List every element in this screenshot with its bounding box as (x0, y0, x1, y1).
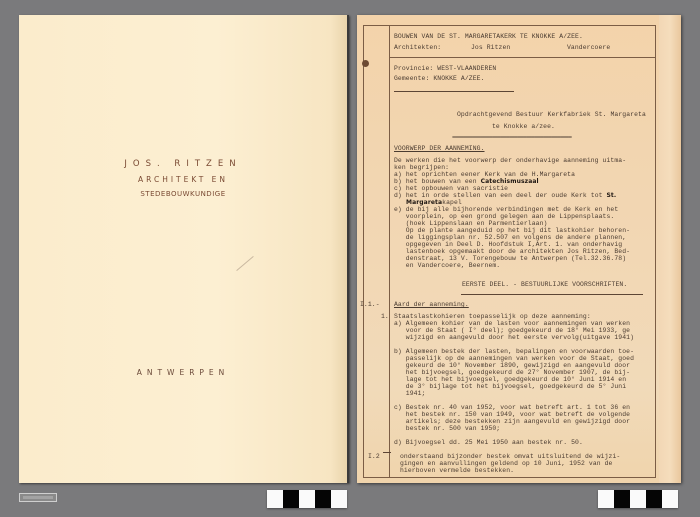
scale-segment (299, 490, 315, 508)
clause-c-line: bestek nr. 500 van 1950; (394, 425, 500, 432)
pencil-mark (236, 256, 253, 271)
margin-tick (383, 452, 391, 453)
architect-name: JOS. RITZEN (19, 156, 347, 172)
separator-line: ========================================… (452, 134, 571, 141)
final-clause-line: hierboven vermelde bestekken. (400, 467, 514, 474)
clause-number: 1. (381, 313, 389, 320)
clause-b-line: b) Algemeen bestek der lasten, bepalinge… (394, 348, 634, 355)
final-clause-line: onderstaand bijzonder bestek omvat uitsl… (400, 453, 620, 460)
municipality: Gemeente: KNOKKE A/ZEE. (394, 75, 485, 82)
clause-c-line: het bestek nr. 150 van 1949, voor wat be… (394, 411, 630, 418)
margin-reference: I.2 (368, 453, 380, 460)
clause-b-line: gekeurd de 10° November 1890, gewijzigd … (394, 362, 630, 369)
item-e-line: opgegeven in Deel D. Hoofdstuk I,Art. 1.… (394, 241, 622, 248)
item-e-line: lastenboek opgemaakt door de architekten… (394, 248, 630, 255)
scale-segment (662, 490, 678, 508)
item-c: c) het opbouwen van sacristie (394, 185, 508, 192)
stamp-text: Catechismuszaal (481, 178, 539, 185)
clause-c-line: artikels; deze bestekken zijn aangevuld … (394, 418, 630, 425)
clause-c-line: c) Bestek nr. 40 van 1952, voor wat betr… (394, 404, 630, 411)
clause-line: voor de Staat ( I° deel); goedgekeurd de… (394, 327, 630, 334)
divider (394, 91, 514, 92)
item-e-line: e) de bij alle bijhorende verbindingen m… (394, 206, 618, 213)
item-a: a) het oprichten eener Kerk van de H.Mar… (394, 171, 575, 178)
item-d: d) het in orde stellen van een deel der … (394, 192, 616, 199)
item-e-line: denstraat, 13 V. Torengebouw te Antwerpe… (394, 255, 626, 262)
clause-b-line: 1941; (394, 390, 425, 397)
clause-line: a) Algemeen kohier van de lasten voor aa… (394, 320, 630, 327)
final-clause-line: gingen en aanvullingen geldend op 10 Jun… (400, 460, 613, 467)
clause-line: wijzigd en aangevuld door het eerste ver… (394, 334, 634, 341)
part-title: EERSTE DEEL. - BESTUURLIJKE VOORSCHRIFTE… (462, 281, 627, 288)
header-architects-label: Architekten: (394, 44, 441, 51)
document-page: BOUWEN VAN DE ST. MARGARETAKERK TE KNOKK… (357, 15, 681, 483)
scale-segment (646, 490, 662, 508)
clause-line: Staatslastkohieren toepasselijk op deze … (394, 313, 591, 320)
item-e-line: en Vandercoere, Beernem. (394, 262, 500, 269)
punch-hole-icon (362, 60, 369, 67)
item-e-line: de liggingsplan nr. 52.507 en volgens de… (394, 234, 626, 241)
section-title: VOORWERP DER AANNEMING. (394, 145, 485, 152)
archive-label (19, 493, 57, 502)
clause-b-line: passelijk op de aannemingen van werken v… (394, 355, 634, 362)
scale-segment (598, 490, 614, 508)
scale-segment (630, 490, 646, 508)
header-title: BOUWEN VAN DE ST. MARGARETAKERK TE KNOKK… (394, 33, 583, 40)
intro-line: ken begrijpen: (394, 164, 449, 171)
scale-segment (614, 490, 630, 508)
intro-line: De werken die het voorwerp der onderhavi… (394, 157, 626, 164)
architect-title: ARCHITEKT EN (19, 172, 347, 187)
divider (461, 294, 643, 295)
clause-b-line: het bijvoegsel, goedgekeurd de 27° Novem… (394, 369, 630, 376)
scale-bar-right (598, 490, 678, 508)
cover-city: ANTWERPEN (19, 368, 347, 377)
stamp-text: St. (607, 192, 617, 199)
header-architect-1: Jos Ritzen (471, 44, 510, 51)
page-edge (659, 15, 681, 483)
item-e-line: (hoek Lippenslaan en Parmentierlaan) (394, 220, 547, 227)
subsection-title: Aard der aanneming. (394, 301, 469, 308)
client-line-1: Opdrachtgevend Bestuur Kerkfabriek St. M… (457, 111, 646, 118)
header-architect-2: Vandercoere (567, 44, 610, 51)
client-line-2: te Knokke a/zee. (492, 123, 555, 130)
header-frame (389, 25, 656, 58)
clause-b-line: lage tot het bijvoegsel, goedgekeurd de … (394, 376, 626, 383)
scale-segment (267, 490, 283, 508)
scale-segment (315, 490, 331, 508)
item-e-line: Op de plante aangeduid op het bij dit la… (394, 227, 630, 234)
scale-bar-left (267, 490, 347, 508)
cover-title-block: JOS. RITZEN ARCHITEKT EN STEDEBOUWKUNDIG… (19, 156, 347, 202)
stamp-text: Margareta (406, 199, 442, 206)
scale-segment (283, 490, 299, 508)
item-d-continued: Margaretakapel (406, 199, 462, 206)
scale-segment (331, 490, 347, 508)
item-e-line: voorplein, op een grond gelegen aan de L… (394, 213, 614, 220)
cover-page: JOS. RITZEN ARCHITEKT EN STEDEBOUWKUNDIG… (19, 15, 349, 483)
item-b: b) het bouwen van een Catechismuszaal (394, 178, 539, 185)
clause-b-line: de 3° bijlage tot het bijvoegsel, goedge… (394, 383, 626, 390)
architect-subtitle: STEDEBOUWKUNDIGE (19, 187, 347, 202)
clause-d-line: d) Bijvoegsel dd. 25 Mei 1950 aan bestek… (394, 439, 583, 446)
margin-reference: I.1.- (360, 301, 380, 308)
province: Provincie: WEST-VLAANDEREN (394, 65, 496, 72)
